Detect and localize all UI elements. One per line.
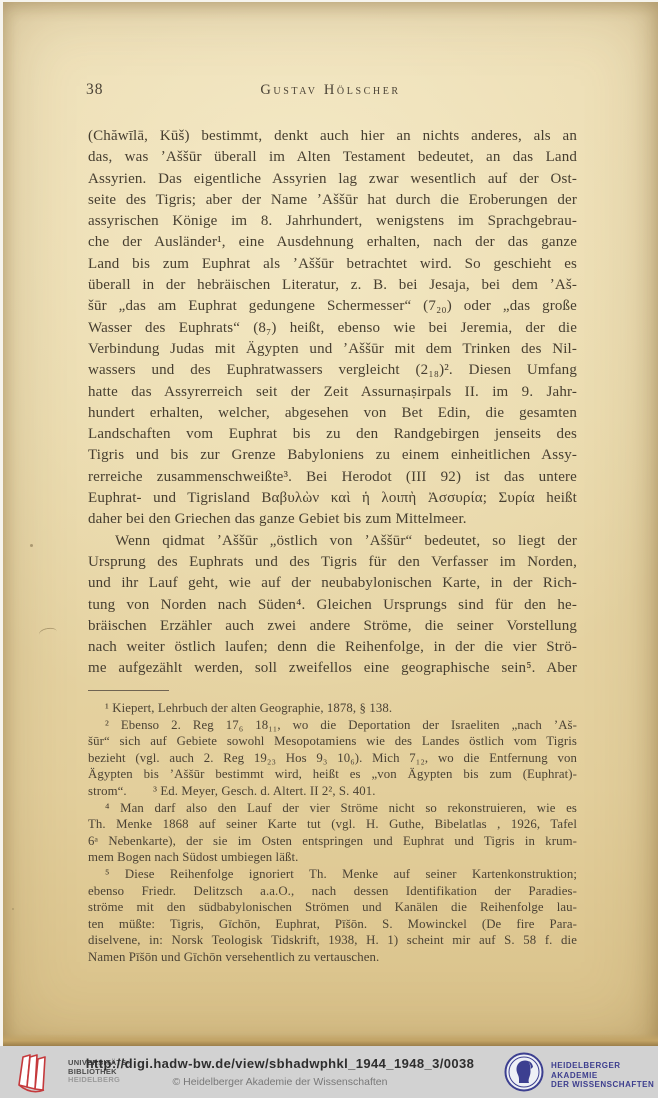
body-line: (Chăwīlā, Kūš) bestimmt, denkt auch hier… <box>88 126 577 147</box>
footnote-line: ebenso Friedr. Delitzsch a.a.O., nach de… <box>88 883 577 900</box>
body-line: che der Ausländer¹, eine Ausdehnung erha… <box>88 232 577 253</box>
copyright-line: © Heidelberger Akademie der Wissenschaft… <box>80 1076 480 1088</box>
footnote-line: šūr“ sich auf Gebiete sowohl Mesopotamie… <box>88 733 577 750</box>
body-line: Wenn qidmat ʼAššūr „östlich von ʼAššūr“ … <box>88 531 577 552</box>
body-line: Verbindung Judas mit Ägypten und ʼAššūr … <box>88 339 577 360</box>
body-line: hundert erhalten, welcher, abgesehen von… <box>88 403 577 424</box>
body-line: Ursprung des Euphrats und des Tigris für… <box>88 552 577 573</box>
running-header: Gustav Hölscher <box>3 82 658 99</box>
footnote-line: ströme mit den südbabylonischen Strömen … <box>88 899 577 916</box>
body-line: Landschaften vom Euphrat bis zu den Rand… <box>88 424 577 445</box>
footnote-line: mem Bogen nach Südost umbiegen läßt. <box>88 849 577 866</box>
body-line: šūr „das am Euphrat gedungene Schermesse… <box>88 296 577 317</box>
body-line: hatte das Assyrerreich seit der Zeit Ass… <box>88 382 577 403</box>
body-line: Tigris und bis zur Grenze Babyloniens zu… <box>88 445 577 466</box>
body-line: Assyrien. Das eigentliche Assyrien lag z… <box>88 169 577 190</box>
viewer-url-block: http://digi.hadw-bw.de/view/sbhadwphkl_1… <box>80 1056 480 1088</box>
footnote-line: 6ᵃ Nebenkarte), der sie im Osten entspri… <box>88 833 577 850</box>
scan-speck <box>12 908 14 910</box>
footnote-line: ¹ Kiepert, Lehrbuch der alten Geographie… <box>88 700 577 717</box>
footnote-line: ² Ebenso 2. Reg 17₆ 18₁₁, wo die Deporta… <box>88 717 577 734</box>
body-line: seite des Tigris; aber der Name ʼAššūr h… <box>88 190 577 211</box>
footnote-line: Th. Menke 1868 auf seiner Karte tut (vgl… <box>88 816 577 833</box>
footnote-line: bezieht (vgl. auch 2. Reg 19₂₃ Hos 9₃ 10… <box>88 750 577 767</box>
body-line: rerreiche zusammenschweißte³. Bei Herodo… <box>88 467 577 488</box>
viewer-url: http://digi.hadw-bw.de/view/sbhadwphkl_1… <box>80 1056 480 1071</box>
scan-speck <box>30 544 33 547</box>
footnote-rule <box>88 690 169 691</box>
body-line: Wasser des Euphrats“ (8₇) heißt, ebenso … <box>88 318 577 339</box>
footnote-line: strom“. ³ Ed. Meyer, Gesch. d. Altert. I… <box>88 783 577 800</box>
body-line: bräischen Erzähler auch zwei andere Strö… <box>88 616 577 637</box>
footnotes: ¹ Kiepert, Lehrbuch der alten Geographie… <box>88 700 577 966</box>
body-line: Land bis zum Euphrat als ʼAššūr betracht… <box>88 254 577 275</box>
hadw-logo-text: HEIDELBERGER AKADEMIE DER WISSENSCHAFTEN <box>551 1061 658 1090</box>
body-line: me aufgezählt werden, soll zweifellos ei… <box>88 658 577 679</box>
body-line: das, was ʼAššūr überall im Alten Testame… <box>88 147 577 168</box>
footnote-line: ⁵ Diese Reihenfolge ignoriert Th. Menke … <box>88 866 577 883</box>
hadw-minerva-icon <box>504 1052 544 1097</box>
footnote-line: ten müßte: Tigris, Gīchōn, Euphrat, Pīšō… <box>88 916 577 933</box>
body-text: (Chăwīlā, Kūš) bestimmt, denkt auch hier… <box>88 126 577 680</box>
footnote-line: ⁴ Man darf also den Lauf der vier Ströme… <box>88 800 577 817</box>
body-line: und ihr Lauf geht, wie auf der neubabylo… <box>88 573 577 594</box>
ub-books-icon <box>14 1050 60 1098</box>
body-line: nach weiter östlich laufen; denn die Rei… <box>88 637 577 658</box>
viewer-footer: UNIVERSITÄTS- BIBLIOTHEK HEIDELBERG http… <box>0 1046 658 1098</box>
footnote-line: Ägypten bis ʼAššūr bestimmt wird, heißt … <box>88 766 577 783</box>
hadw-logo-line2: DER WISSENSCHAFTEN <box>551 1080 658 1090</box>
body-line: überall in der hebräischen Literatur, z.… <box>88 275 577 296</box>
footnote-line: diselvene, in: Norsk Teologisk Tidskrift… <box>88 932 577 949</box>
scan-mark <box>38 627 57 640</box>
hadw-logo-line1: HEIDELBERGER AKADEMIE <box>551 1061 658 1080</box>
page-scan: 38 Gustav Hölscher (Chăwīlā, Kūš) bestim… <box>3 2 658 1046</box>
footnote-line: Namen Pīšōn und Gīchōn versehentlich zu … <box>88 949 577 966</box>
body-line: Euphrat- und Tigrisland Βαβυλὼν καὶ ἡ λο… <box>88 488 577 509</box>
body-line: daher bei den Griechen das ganze Gebiet … <box>88 509 577 530</box>
body-line: wassers und des Euphratwassers vergleich… <box>88 360 577 381</box>
body-line: tung von Norden nach Süden⁴. Gleichen Ur… <box>88 595 577 616</box>
body-line: assyrischen Könige im 8. Jahrhundert, we… <box>88 211 577 232</box>
